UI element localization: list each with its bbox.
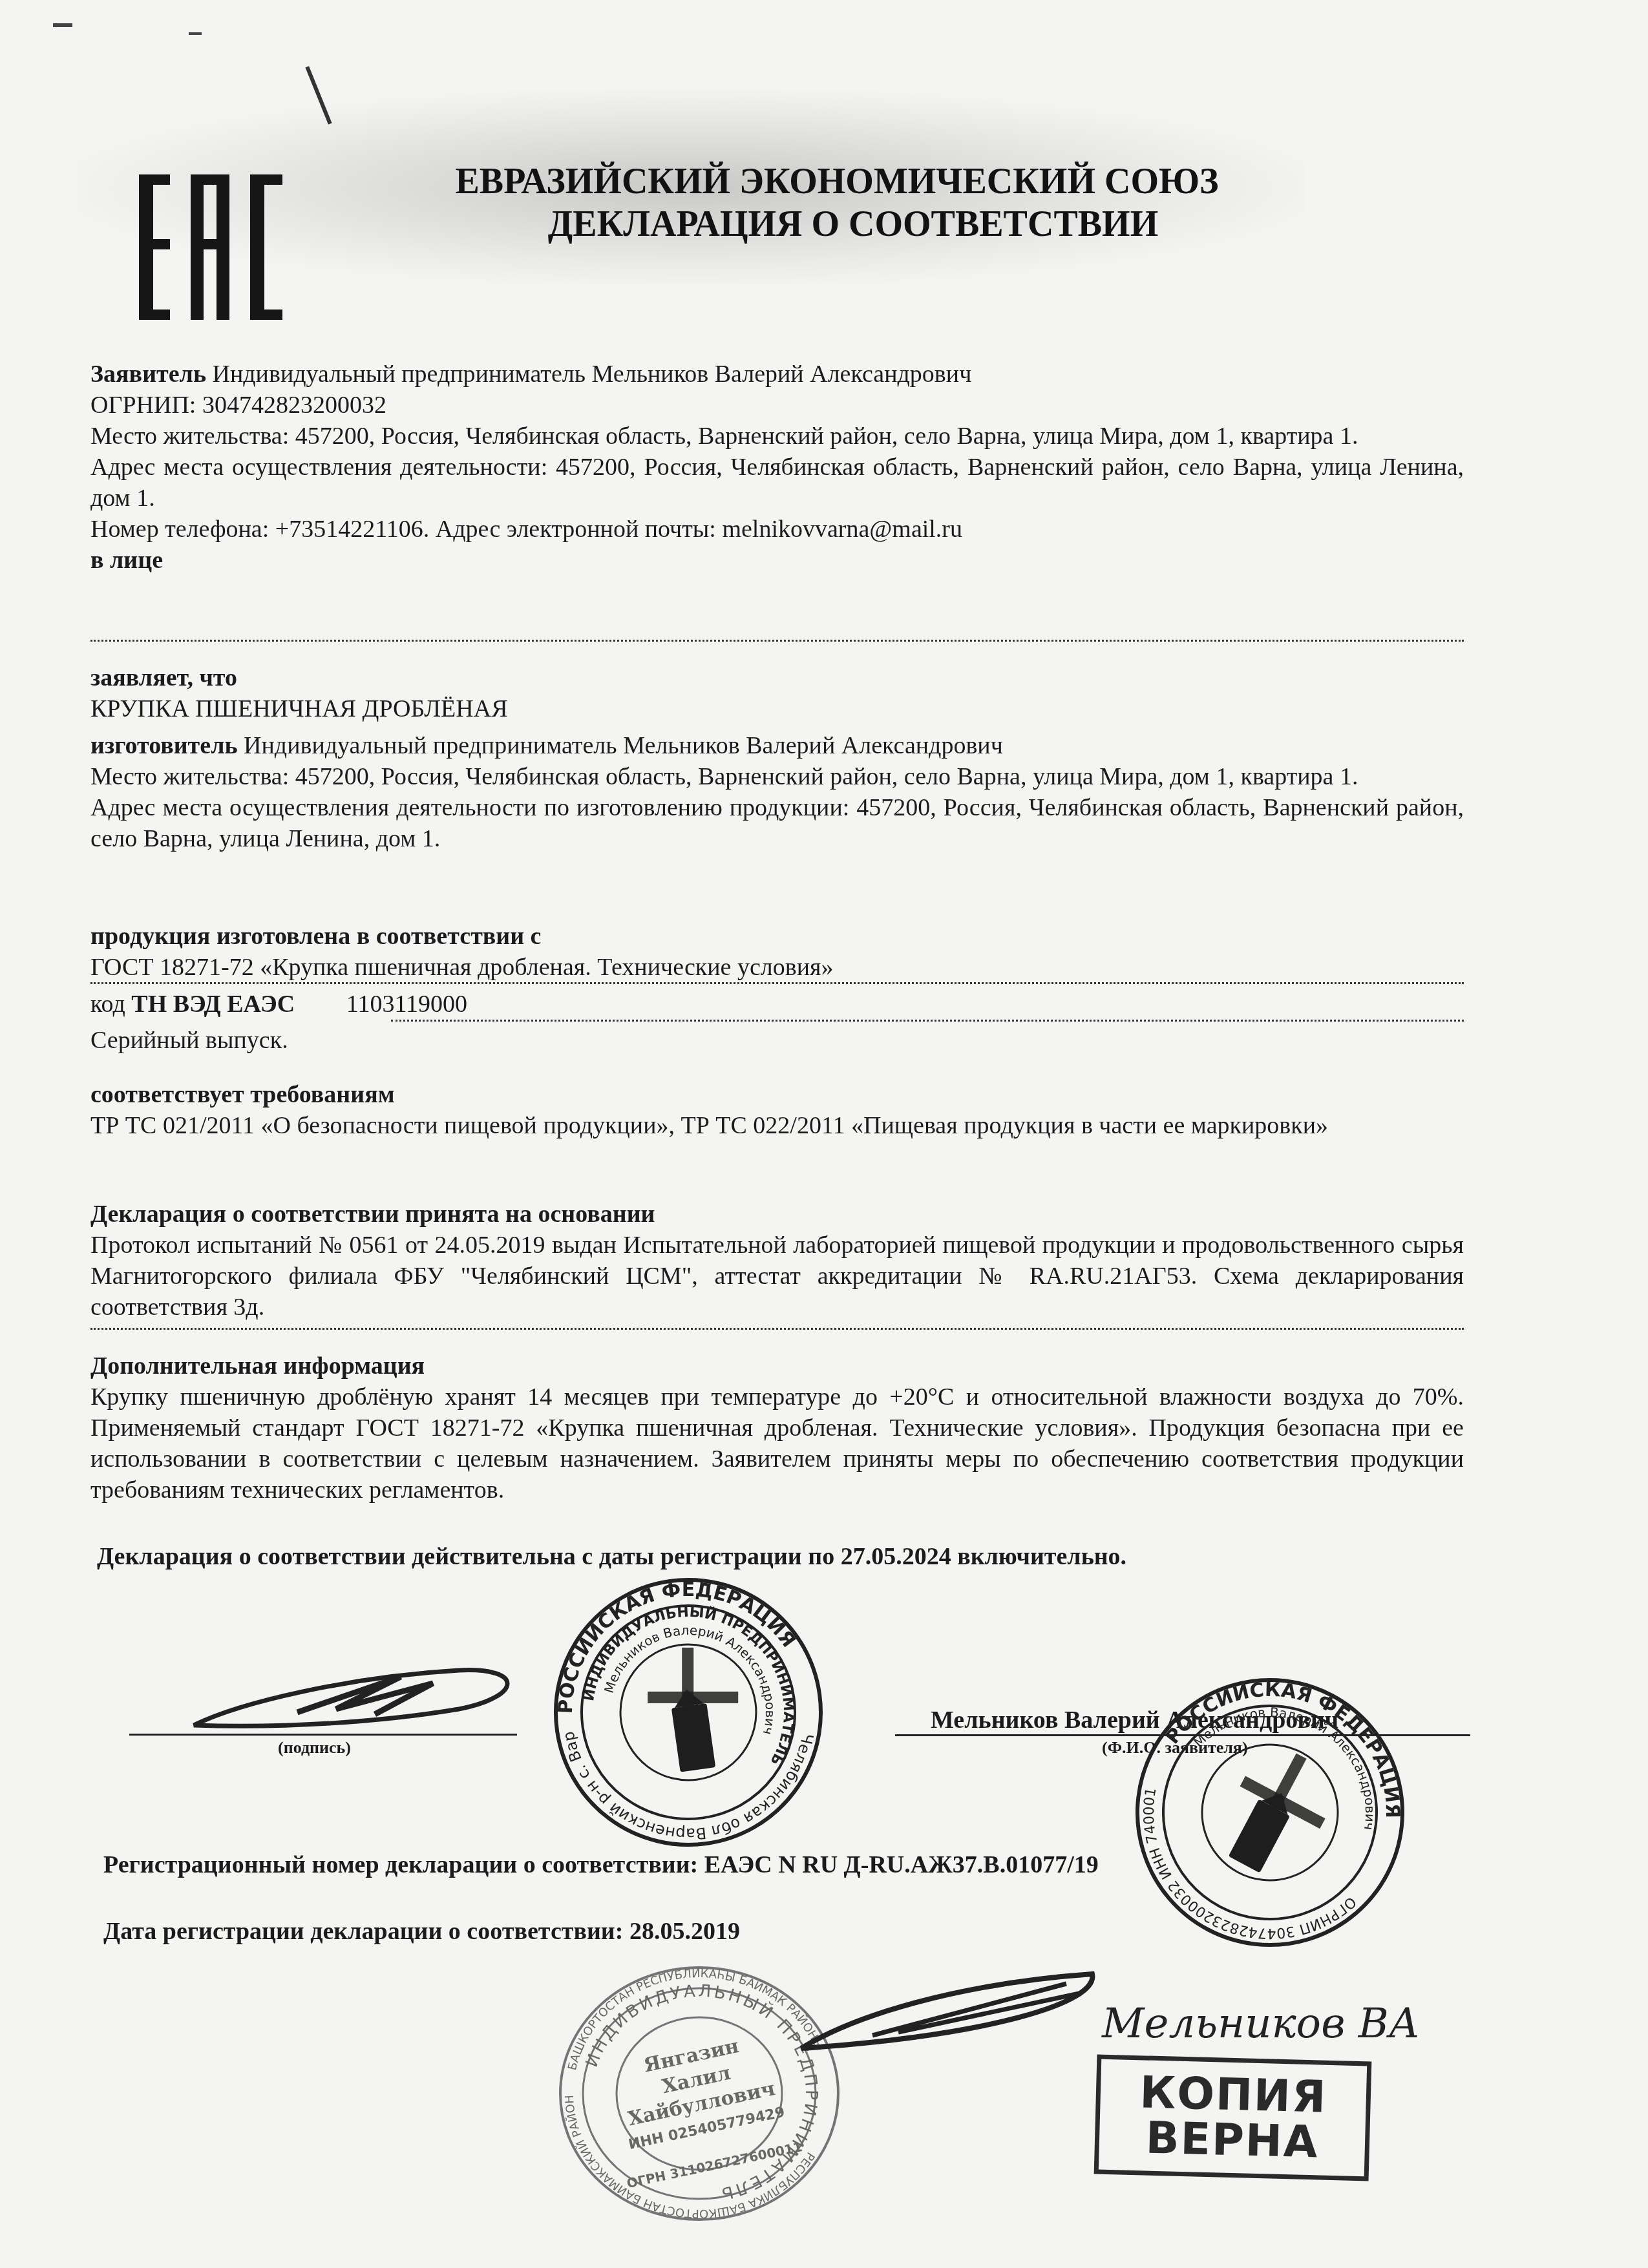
applicant-activity-address: Адрес места осуществления деятельности: … [90, 452, 1464, 514]
requirements-label: соответствует требованиям [90, 1079, 1464, 1110]
certifier-signature [795, 1964, 1099, 2061]
standard-section: продукция изготовлена в соответствии с Г… [90, 921, 1464, 983]
dotted-rule [90, 1328, 1464, 1330]
handwritten-note: Мельников ВА [1102, 2000, 1420, 2048]
signature-line [129, 1734, 517, 1736]
tn-ved-section: код ТН ВЭД ЕАЭС 1103119000 Серийный выпу… [90, 989, 1464, 1056]
registration-number-label: Регистрационный номер декларации о соотв… [103, 1851, 698, 1878]
registration-number: ЕАЭС N RU Д-RU.АЖ37.В.01077/19 [704, 1851, 1099, 1878]
union-name: ЕВРАЗИЙСКИЙ ЭКОНОМИЧЕСКИЙ СОЮЗ [433, 160, 1241, 203]
copy-verified-stamp: КОПИЯ ВЕРНА [1094, 2054, 1372, 2181]
dotted-rule [90, 640, 1464, 642]
manufacturer-section: изготовитель Индивидуальный предпринимат… [90, 730, 1464, 854]
release-type: Серийный выпуск. [90, 1025, 1464, 1056]
tn-ved-label: ТН ВЭД ЕАЭС [131, 991, 295, 1018]
applicant-stamp: РОССИЙСКАЯ ФЕДЕРАЦИЯ ИНДИВИДУАЛЬНЫЙ ПРЕД… [535, 1559, 841, 1865]
additional-value: Крупку пшеничную дроблёную хранят 14 мес… [90, 1381, 1464, 1506]
manufacturer-name: Индивидуальный предприниматель Мельников… [244, 732, 1003, 759]
document-title: ЕВРАЗИЙСКИЙ ЭКОНОМИЧЕСКИЙ СОЮЗ ДЕКЛАРАЦИ… [433, 160, 1241, 246]
manufacturer-residence: Место жительства: 457200, Россия, Челяби… [90, 761, 1464, 792]
represented-by-label: в лице [90, 545, 1464, 576]
additional-section: Дополнительная информация Крупку пшеничн… [90, 1350, 1464, 1506]
tn-ved-code: 1103119000 [346, 991, 467, 1018]
basis-label: Декларация о соответствии принята на осн… [90, 1199, 1464, 1230]
signature-scribble [187, 1664, 530, 1735]
declares-label: заявляет, что [90, 662, 1464, 693]
signature-caption: (подпись) [278, 1738, 351, 1758]
dotted-rule [90, 982, 1464, 984]
manufacturer-label: изготовитель [90, 732, 238, 759]
product-name: КРУПКА ПШЕНИЧНАЯ ДРОБЛЁНАЯ [90, 693, 1464, 724]
applicant-name: Индивидуальный предприниматель Мельников… [212, 361, 971, 388]
scan-mark [189, 32, 202, 35]
applicant-label: Заявитель [90, 361, 206, 388]
registration-date: 28.05.2019 [629, 1918, 740, 1945]
tn-ved-prefix: код [90, 991, 125, 1018]
additional-label: Дополнительная информация [90, 1350, 1464, 1381]
applicant-contacts: Номер телефона: +73514221106. Адрес элек… [90, 514, 1464, 545]
basis-value: Протокол испытаний № 0561 от 24.05.2019 … [90, 1230, 1464, 1323]
applicant-ogrnip: ОГРНИП: 304742823200032 [90, 390, 1464, 421]
manufacturer-production-address: Адрес места осуществления деятельности п… [90, 792, 1464, 854]
scan-mark [53, 23, 72, 27]
eac-logo [139, 174, 284, 320]
basis-section: Декларация о соответствии принята на осн… [90, 1199, 1464, 1323]
svg-text:ОГРНИП 304742823200032 ИНН 740: ОГРНИП 304742823200032 ИНН 740001 [1101, 1782, 1364, 1984]
declares-section: заявляет, что КРУПКА ПШЕНИЧНАЯ ДРОБЛЁНАЯ [90, 662, 1464, 724]
applicant-residence: Место жительства: 457200, Россия, Челяби… [90, 421, 1464, 452]
copy-stamp-line2: ВЕРНА [1145, 2116, 1319, 2165]
dotted-rule [391, 1020, 1464, 1022]
registration-number-row: Регистрационный номер декларации о соотв… [103, 1849, 1477, 1880]
registration-date-row: Дата регистрации декларации о соответств… [103, 1916, 1477, 1947]
requirements-section: соответствует требованиям ТР ТС 021/2011… [90, 1079, 1464, 1141]
standard-value: ГОСТ 18271-72 «Крупка пшеничная дроблена… [90, 952, 1464, 983]
applicant-section: Заявитель Индивидуальный предприниматель… [90, 359, 1464, 576]
requirements-value: ТР ТС 021/2011 «О безопасности пищевой п… [90, 1110, 1464, 1141]
standard-label: продукция изготовлена в соответствии с [90, 921, 1464, 952]
declaration-heading: ДЕКЛАРАЦИЯ О СООТВЕТСТВИИ [433, 203, 1241, 246]
declaration-page: ЕВРАЗИЙСКИЙ ЭКОНОМИЧЕСКИЙ СОЮЗ ДЕКЛАРАЦИ… [0, 0, 1648, 2268]
registration-date-label: Дата регистрации декларации о соответств… [103, 1918, 623, 1945]
